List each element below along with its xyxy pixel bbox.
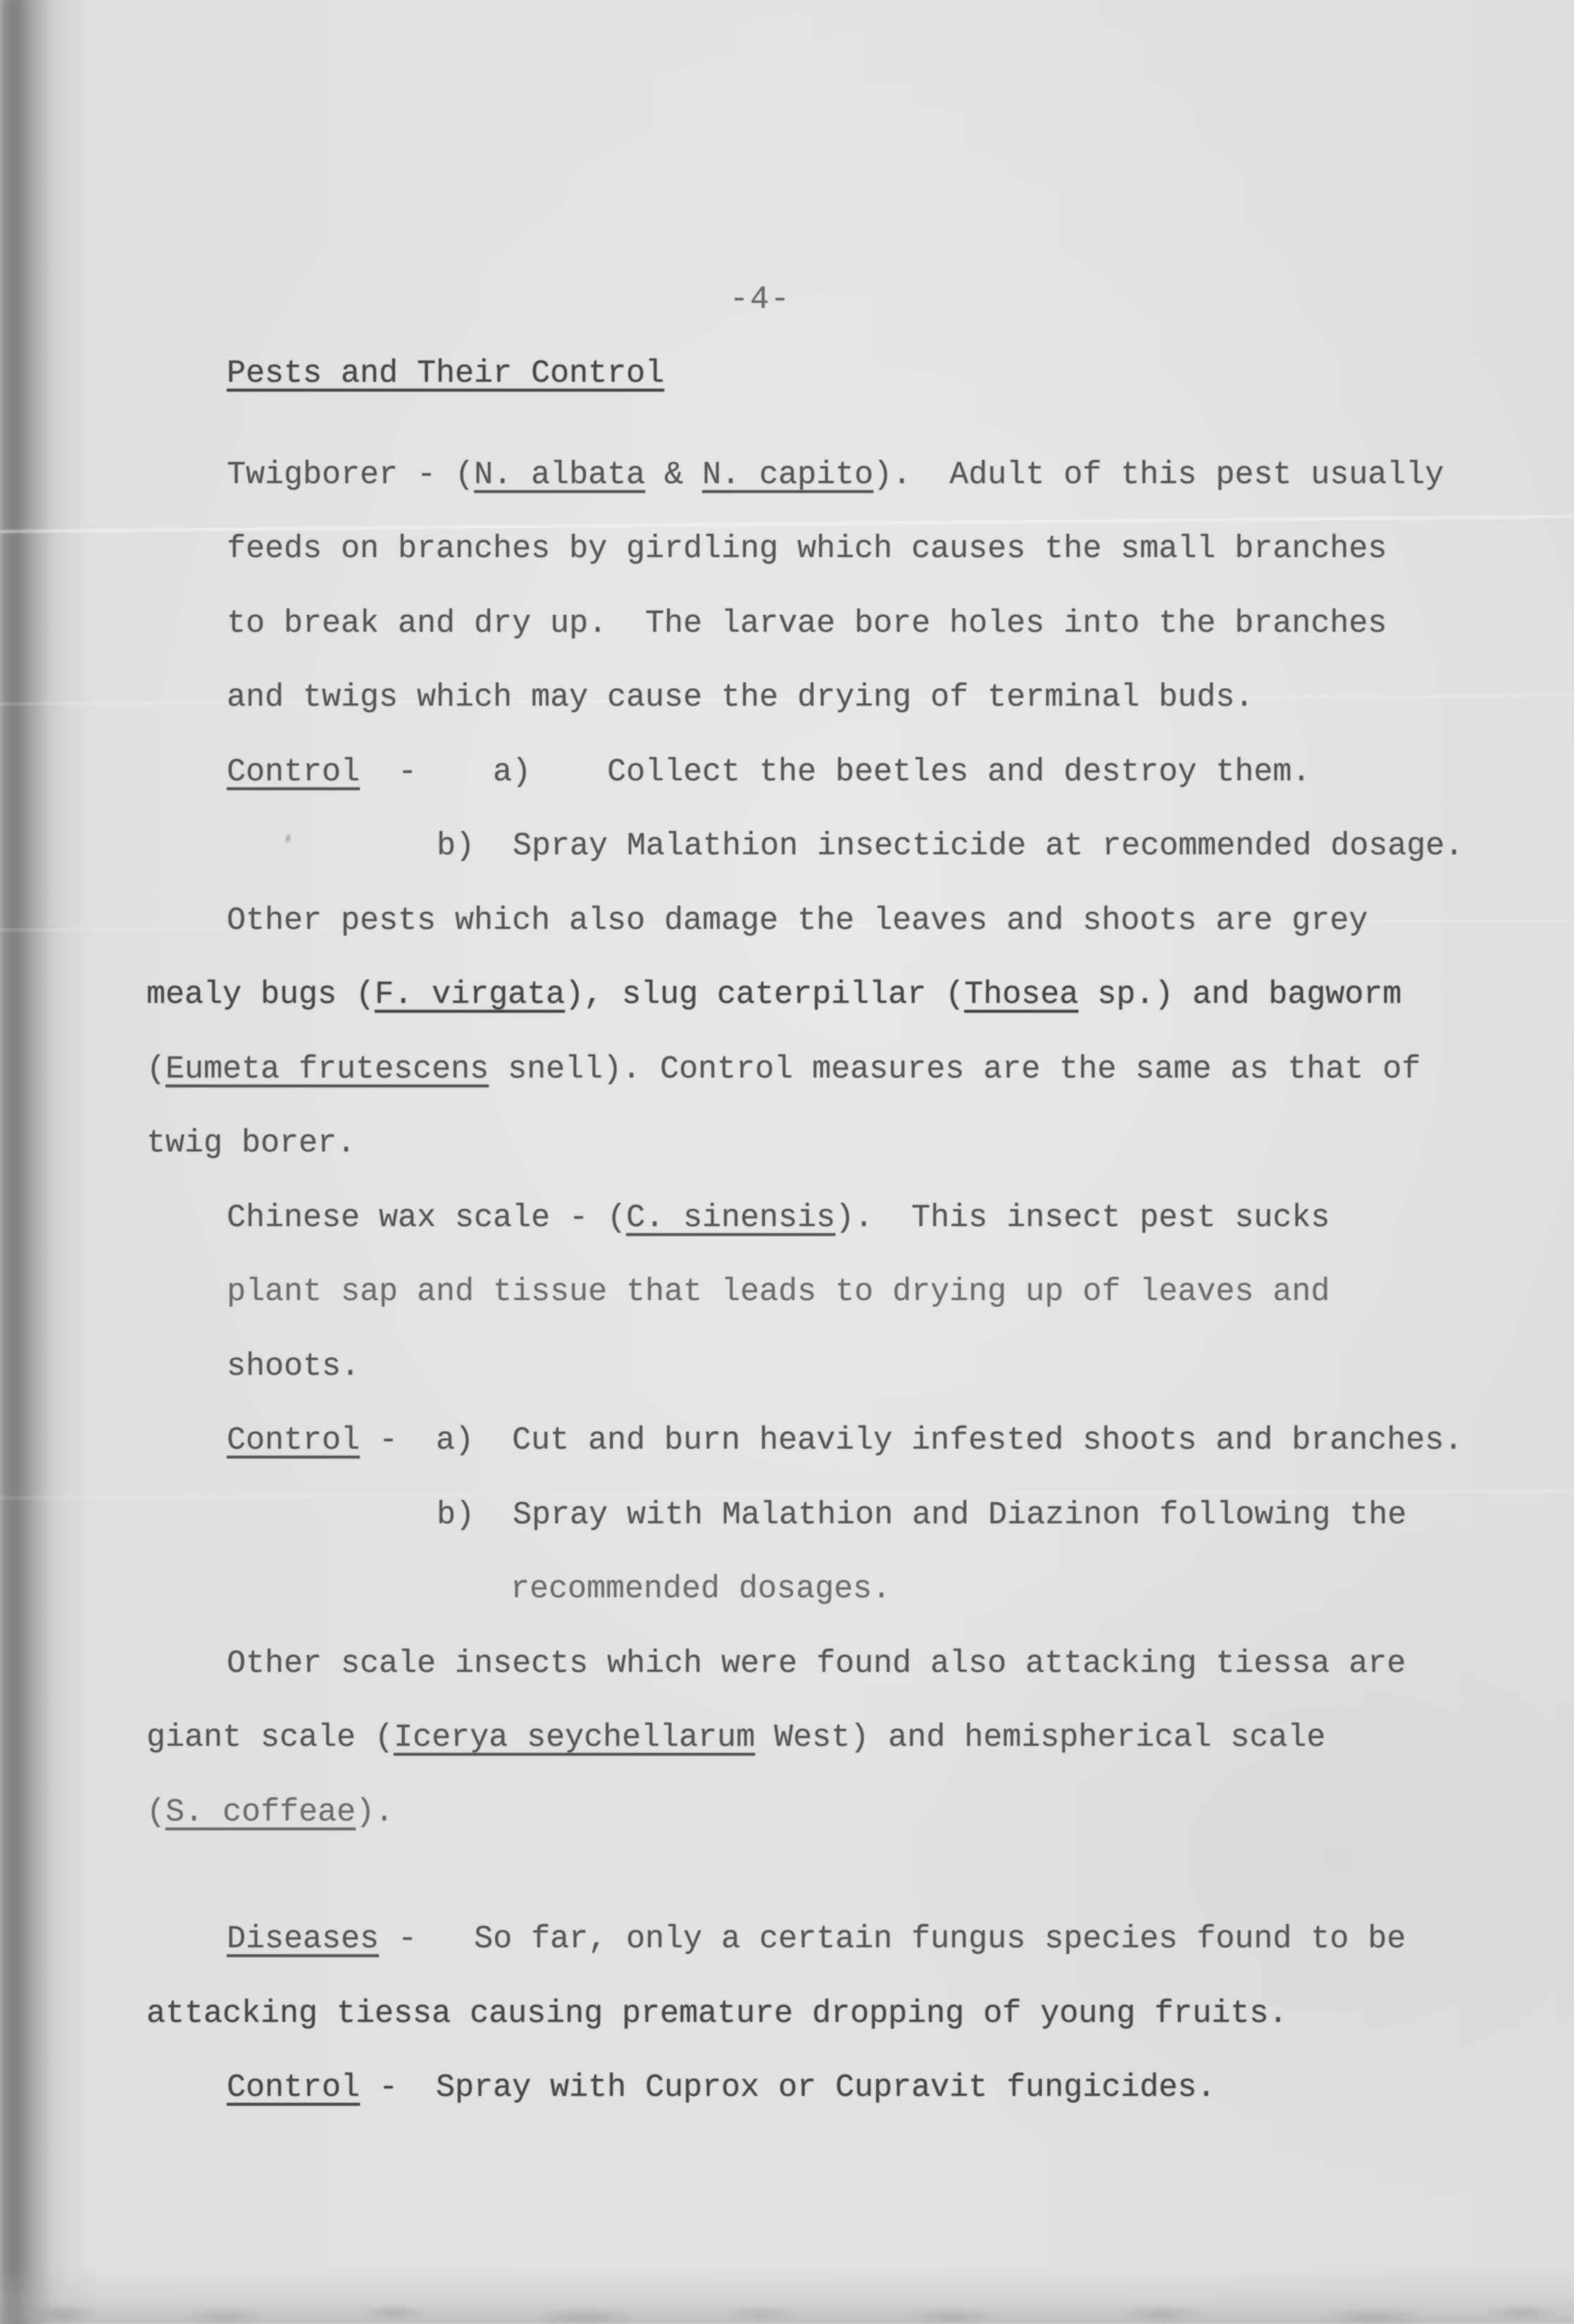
typed-line: b) Spray with Malathion and Diazinon fol…	[437, 1478, 1548, 1553]
document-title-text: Pests and Their Control	[227, 356, 664, 392]
underlined-text: Control	[227, 1423, 360, 1458]
page-number: -4-	[730, 282, 791, 318]
text-segment: - Spray with Cuprox or Cupravit fungicid…	[360, 2070, 1216, 2106]
text-segment: attacking tiessa causing premature dropp…	[146, 1996, 1287, 2032]
scanned-page: -4- Pests and Their Control Twigborer - …	[0, 0, 1574, 2324]
typed-line: giant scale (Icerya seychellarum West) a…	[146, 1701, 1548, 1775]
typed-line: b) Spray Malathion insecticide at recomm…	[437, 809, 1548, 884]
underlined-text: S. coffeae	[165, 1794, 356, 1830]
document-title: Pests and Their Control	[227, 337, 1548, 411]
text-segment: b) Spray Malathion insecticide at recomm…	[437, 828, 1463, 864]
text-segment: &	[645, 457, 702, 493]
typed-line: twig borer.	[146, 1106, 1548, 1181]
typed-line: Control - a) Cut and burn heavily infest…	[227, 1404, 1548, 1478]
text-segment: b) Spray with Malathion and Diazinon fol…	[437, 1497, 1406, 1533]
underlined-text: Thosea	[964, 977, 1078, 1013]
text-segment: Other pests which also damage the leaves…	[227, 903, 1368, 939]
text-segment: (	[146, 1794, 165, 1830]
typed-line: Twigborer - (N. albata & N. capito). Adu…	[227, 438, 1548, 513]
text-segment: and twigs which may cause the drying of …	[227, 680, 1254, 716]
text-segment: recommended dosages.	[511, 1571, 891, 1607]
text-segment: - a) Collect the beetles and destroy the…	[360, 754, 1311, 790]
typed-text: Pests and Their Control Twigborer - (N. …	[146, 337, 1548, 2125]
typed-line: feeds on branches by girdling which caus…	[227, 512, 1548, 587]
typed-line: and twigs which may cause the drying of …	[227, 661, 1548, 735]
text-segment: Chinese wax scale - (	[227, 1200, 626, 1236]
typed-line: (Eumeta frutescens snell). Control measu…	[146, 1032, 1548, 1107]
text-segment: ), slug caterpillar (	[565, 977, 964, 1013]
text-segment: Twigborer - (	[227, 457, 474, 493]
underlined-text: Icerya seychellarum	[394, 1720, 755, 1756]
text-segment: Other scale insects which were found als…	[227, 1646, 1406, 1682]
text-segment: West) and hemispherical scale	[755, 1720, 1325, 1756]
underlined-text: Eumeta frutescens	[165, 1051, 489, 1087]
underlined-text: Diseases	[227, 1921, 379, 1957]
underlined-text: N. capito	[702, 457, 873, 493]
typed-line: Control - a) Collect the beetles and des…	[227, 735, 1548, 810]
typed-line: plant sap and tissue that leads to dryin…	[227, 1255, 1548, 1330]
scan-edge-shadow	[0, 0, 99, 2324]
typed-line: Other scale insects which were found als…	[227, 1627, 1548, 1701]
text-segment: ).	[356, 1794, 394, 1830]
text-segment: twig borer.	[146, 1125, 356, 1161]
text-segment: ). This insect pest sucks	[835, 1200, 1330, 1236]
typed-line: attacking tiessa causing premature dropp…	[146, 1977, 1548, 2051]
typed-line: mealy bugs (F. virgata), slug caterpilla…	[146, 958, 1548, 1032]
scan-bottom-shadow	[0, 2268, 1574, 2324]
text-segment: mealy bugs (	[146, 977, 375, 1013]
underlined-text: Control	[227, 754, 360, 790]
text-segment: plant sap and tissue that leads to dryin…	[227, 1274, 1330, 1310]
typed-line: Control - Spray with Cuprox or Cupravit …	[227, 2051, 1548, 2125]
typed-line: recommended dosages.	[511, 1552, 1548, 1627]
text-segment: - a) Cut and burn heavily infested shoot…	[360, 1423, 1463, 1458]
underlined-text: N. albata	[474, 457, 645, 493]
text-segment: - So far, only a certain fungus species …	[379, 1921, 1406, 1957]
typed-line: (S. coffeae).	[146, 1775, 1548, 1850]
typed-line: Chinese wax scale - (C. sinensis). This …	[227, 1181, 1548, 1256]
underlined-text: Control	[227, 2070, 360, 2106]
typed-line: Diseases - So far, only a certain fungus…	[227, 1902, 1548, 1977]
document-body: Twigborer - (N. albata & N. capito). Adu…	[146, 438, 1548, 2125]
text-segment: to break and dry up. The larvae bore hol…	[227, 606, 1387, 642]
typed-line: shoots.	[227, 1330, 1548, 1404]
text-segment: feeds on branches by girdling which caus…	[227, 531, 1387, 567]
text-segment: (	[146, 1051, 165, 1087]
text-segment: ). Adult of this pest usually	[873, 457, 1444, 493]
underlined-text: C. sinensis	[626, 1200, 835, 1236]
text-segment: sp.) and bagworm	[1078, 977, 1401, 1013]
text-segment: snell). Control measures are the same as…	[489, 1051, 1420, 1087]
typed-line: to break and dry up. The larvae bore hol…	[227, 587, 1548, 661]
underlined-text: F. virgata	[375, 977, 565, 1013]
text-segment: shoots.	[227, 1349, 360, 1385]
typed-line: Other pests which also damage the leaves…	[227, 884, 1548, 958]
text-segment: giant scale (	[146, 1720, 394, 1756]
